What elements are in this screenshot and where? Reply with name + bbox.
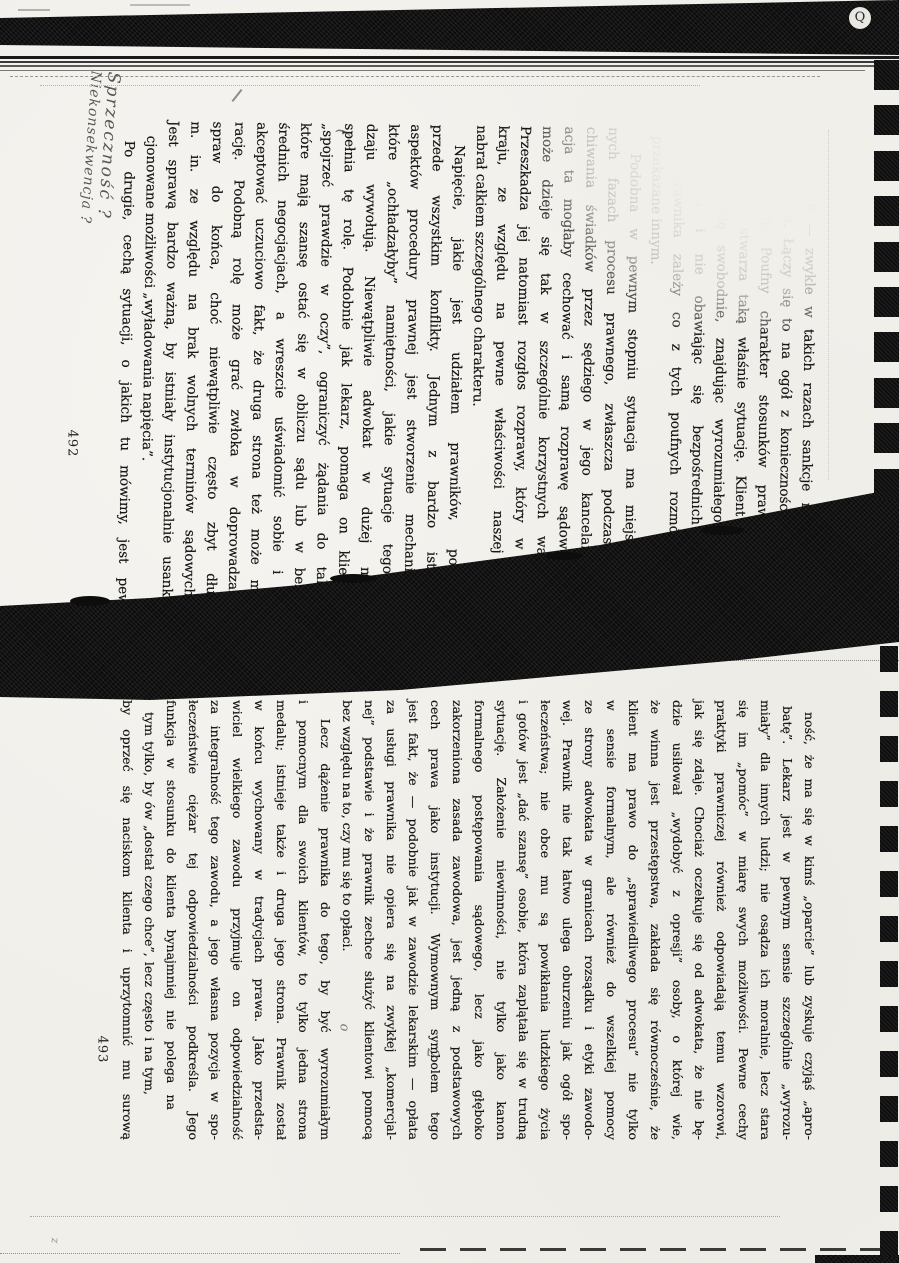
corner-stamp-letter: Q [855,10,866,25]
text-line: by oprzeć się naciskom klienta i uprzyto… [116,700,138,1140]
page-493-text: ność, że ma się w kimś „oparcie” lub zys… [104,700,820,1140]
film-sprocket-mark [874,196,899,226]
text-line: praktyki prawniczej również odpowiadają … [710,700,732,1140]
page-edge-dots [828,130,829,480]
scan-streak-line [18,9,50,11]
film-sprocket-mark [880,1051,898,1077]
page-number-493: 493 [94,1036,109,1064]
text-line: tym tylko, by ów „dostał czego chce”, le… [138,700,160,1140]
film-sprocket-mark [880,1006,898,1032]
film-sprocket-mark [874,242,899,272]
text-line: klient ma prawo do „sprawiedliwego proce… [622,700,644,1140]
film-sprocket-mark [880,1141,898,1167]
scan-streak-line [40,85,700,86]
scan-edge-band-top [0,0,899,56]
text-line: i pomocnym dla swoich klientów, to tylko… [292,700,314,1140]
film-sprocket-mark [880,736,898,762]
film-sprocket-mark [874,332,899,362]
page-number-492: 492 [64,430,79,458]
scanned-book-spread: Q cach — zwykle w takich razach sankcje … [0,0,899,1263]
text-line: i gotów jest „dać szansę” osobie, która … [512,700,534,1140]
text-line: jak się zdaje. Chociaż oczekuje się od a… [688,700,710,1140]
film-sprocket-mark [880,871,898,897]
film-sprocket-mark [874,105,899,135]
text-line: łeczeństwa; nie obce mu są powikłania lu… [534,700,556,1140]
handwriting-z-mark: z [48,1238,61,1244]
handwriting-tick-mark [232,89,243,102]
text-line: batę”. Lekarz jest w pewnym sensie szcze… [776,700,798,1140]
text-line: się im „pomóc” w miarę swych możliwości.… [732,700,754,1140]
scan-streak-line [0,65,890,67]
film-sprocket-mark [874,60,899,90]
film-sprocket-mark [880,1231,898,1257]
film-sprocket-mark [874,423,899,453]
film-sprocket-mark [880,916,898,942]
text-line: nej” podstawie i że prawnik zechce służy… [358,700,380,1140]
corner-stamp: Q [849,7,871,29]
text-line: miały” dla innych ludzi; nie osądza ich … [754,700,776,1140]
gutter-shadow-blob [70,596,110,606]
text-line: że winna jest przestępstwa, zakłada się … [644,700,666,1140]
text-line: bez względu na to, czy mu się to opłaci. [336,700,358,1140]
text-line: jest fakt, że — podobnie jak w zawodzie … [402,700,424,1140]
text-line: Lecz dążenie prawnika do tego, by być wy… [314,700,336,1140]
bottom-edge-dots [30,1216,780,1217]
film-sprocket-mark [874,151,899,181]
scan-streak-line [0,61,899,63]
scan-streak-line [0,70,865,71]
gutter-shadow-blob [545,552,583,560]
text-line: za integralność tego zawodu, a jego włas… [204,700,226,1140]
text-line: funkcja w stosunku do klienta bynajmniej… [160,700,182,1140]
text-line: sytuację. Założenie niewinności, nie tyl… [490,700,512,1140]
text-line: w sensie formalnym, ale również do wszel… [600,700,622,1140]
text-line: ność, że ma się w kimś „oparcie” lub zys… [798,700,820,1140]
text-line: formalnego postępowania sądowego, lecz j… [468,700,490,1140]
text-line: za usługi prawnika nie opiera się na zwy… [380,700,402,1140]
text-line: łeczeństwie ciężar tej odpowiedzialności… [182,700,204,1140]
handwriting-o-mark: o [336,1024,351,1032]
film-sprocket-mark [880,826,898,852]
film-sprocket-mark [874,287,899,317]
handwriting-two-mark: 2 [423,1048,443,1060]
text-line: medalu; istnieje także i druga jego stro… [270,700,292,1140]
film-sprocket-mark [874,469,899,499]
film-sprocket-mark [880,1096,898,1122]
text-line: wej. Prawnik nie tak łatwo ulega oburzen… [556,700,578,1140]
bottom-edge-dots [0,1253,400,1254]
scan-streak-line [10,76,820,77]
text-line: w końcu wychowany w tradycjach prawa. Ja… [248,700,270,1140]
gutter-shadow-blob [330,574,376,583]
film-sprocket-mark [874,378,899,408]
text-line: ze strony adwokata w granicach rozsądku … [578,700,600,1140]
gutter-shadow-blob [700,526,744,535]
text-line: dzie usiłował „wydobyć z opresji” osoby,… [666,700,688,1140]
film-sprocket-mark [880,1186,898,1212]
film-sprocket-mark [880,781,898,807]
text-line: zakorzeniona zasada zawodowa, jest jedną… [446,700,468,1140]
scan-streak-line [130,4,190,6]
bottom-edge-dash [420,1248,899,1251]
text-line: wiciel wielkiego zawodu przyjmuje on odp… [226,700,248,1140]
film-sprocket-mark [880,646,898,672]
text-line: cech prawa jako instytucji. Wymownym sym… [424,700,446,1140]
scan-streak-line [0,56,899,59]
film-sprocket-mark [880,961,898,987]
film-sprocket-mark [880,691,898,717]
